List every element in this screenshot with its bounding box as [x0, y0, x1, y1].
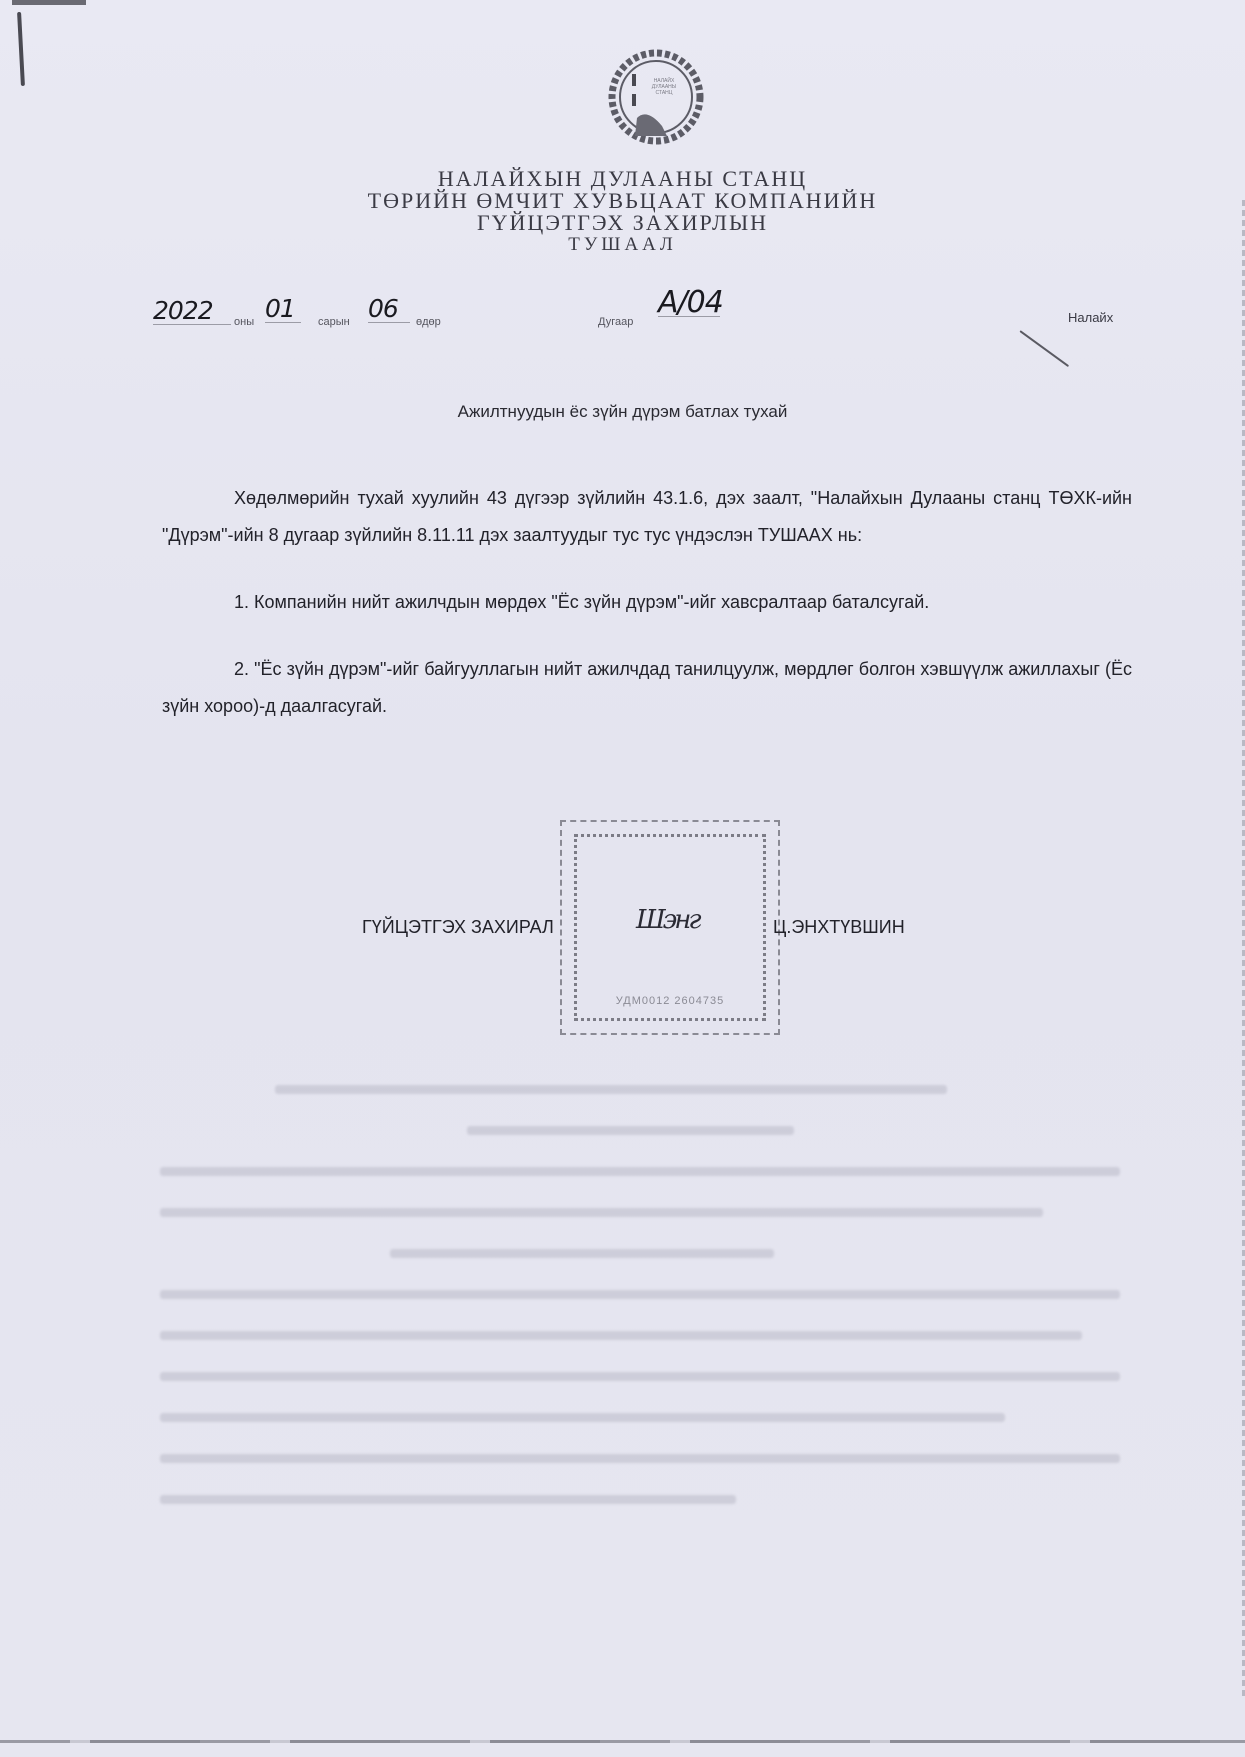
document-subject: Ажилтнуудын ёс зүйн дүрэм батлах тухай [0, 402, 1245, 422]
date-line: 2022 оны 01 сарын 06 өдөр Дугаар A/04 [150, 300, 1150, 340]
company-emblem-icon: НАЛАЙХ ДУЛААНЫ СТАНЦ [607, 48, 705, 146]
day-label: өдөр [416, 316, 441, 328]
year-label: оны [234, 316, 254, 328]
handwritten-month: 01 [265, 296, 301, 323]
scanned-page: НАЛАЙХ ДУЛААНЫ СТАНЦ НАЛАЙХЫН ДУЛААНЫ СТ… [0, 0, 1245, 1757]
month-label: сарын [318, 316, 350, 328]
handwritten-order-number: A/04 [658, 290, 720, 317]
header-document-type: ТУШААЛ [0, 234, 1245, 256]
header-issuer: ГҮЙЦЭТГЭХ ЗАХИРЛЫН [0, 212, 1245, 234]
scan-edge-artifact [0, 1740, 1245, 1743]
order-item-1: 1. Компанийн нийт ажилчдын мөрдөх "Ёс зү… [162, 584, 1132, 621]
preamble-paragraph: Хөдөлмөрийн тухай хуулийн 43 дүгээр зүйл… [162, 480, 1132, 554]
handwritten-day: 06 [368, 296, 410, 323]
number-label: Дугаар [598, 316, 633, 328]
stamp-code: УДМ0012 2604735 [562, 995, 778, 1007]
issuing-city: Налайх [1068, 310, 1113, 325]
signatory-title: ГҮЙЦЭТГЭХ ЗАХИРАЛ [362, 917, 554, 938]
document-header: НАЛАЙХЫН ДУЛААНЫ СТАНЦ ТӨРИЙН ӨМЧИТ ХУВЬ… [0, 168, 1245, 256]
logo-caption: СТАНЦ [647, 90, 681, 96]
header-organization: НАЛАЙХЫН ДУЛААНЫ СТАНЦ [0, 168, 1245, 190]
document-body: Хөдөлмөрийн тухай хуулийн 43 дүгээр зүйл… [162, 480, 1132, 725]
reverse-side-bleed-through [160, 1085, 1120, 1545]
handwritten-year: 2022 [153, 298, 231, 325]
handwritten-signature: Шэнг [636, 905, 699, 935]
signatory-name: Ц.ЭНХТҮВШИН [773, 917, 905, 938]
scan-edge-artifact [12, 0, 86, 5]
pen-mark [17, 12, 25, 86]
header-company-type: ТӨРИЙН ӨМЧИТ ХУВЬЦААТ КОМПАНИЙН [0, 190, 1245, 212]
order-item-2: 2. "Ёс зүйн дүрэм"-ийг байгууллагын нийт… [162, 651, 1132, 725]
